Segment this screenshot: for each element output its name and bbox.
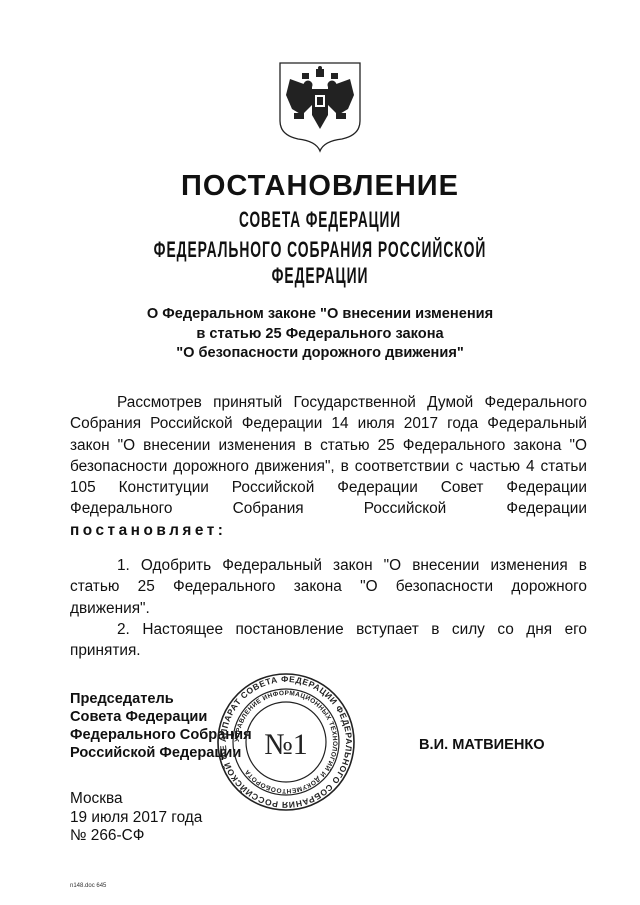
resolution-items: 1. Одобрить Федеральный закон "О внесени… [70,555,587,661]
footer-code: n148.doc 645 [70,883,106,889]
resolves-label: постановляет: [70,520,587,541]
city: Москва [70,790,202,809]
issuer-line-2: ФЕДЕРАЛЬНОГО СОБРАНИЯ РОССИЙСКОЙ ФЕДЕРАЦ… [118,237,521,289]
preamble-text: Рассмотрев принятый Государственной Думо… [70,392,587,520]
resolution-item: 1. Одобрить Федеральный закон "О внесени… [70,555,587,619]
subject-line: О Федеральном законе "О внесении изменен… [0,305,640,325]
preamble-block: Рассмотрев принятый Государственной Думо… [70,392,587,541]
document-subject: О Федеральном законе "О внесении изменен… [0,305,640,364]
subject-line: "О безопасности дорожного движения" [0,344,640,364]
document-number: № 266-СФ [70,827,202,846]
document-title: ПОСТАНОВЛЕНИЕ [0,170,640,203]
subject-line: в статью 25 Федерального закона [0,325,640,345]
coat-of-arms-icon [272,55,368,155]
date: 19 июля 2017 года [70,809,202,828]
place-date-number: Москва 19 июля 2017 года № 266-СФ [70,790,202,846]
issuer-line-1: СОВЕТА ФЕДЕРАЦИИ [122,207,519,233]
signatory-name: В.И. МАТВИЕНКО [419,737,545,753]
svg-text:№1: №1 [264,728,308,761]
resolution-item: 2. Настоящее постановление вступает в си… [70,619,587,662]
official-seal-icon: АППАРАТ СОВЕТА ФЕДЕРАЦИИ ФЕДЕРАЛЬНОГО СО… [216,672,356,812]
